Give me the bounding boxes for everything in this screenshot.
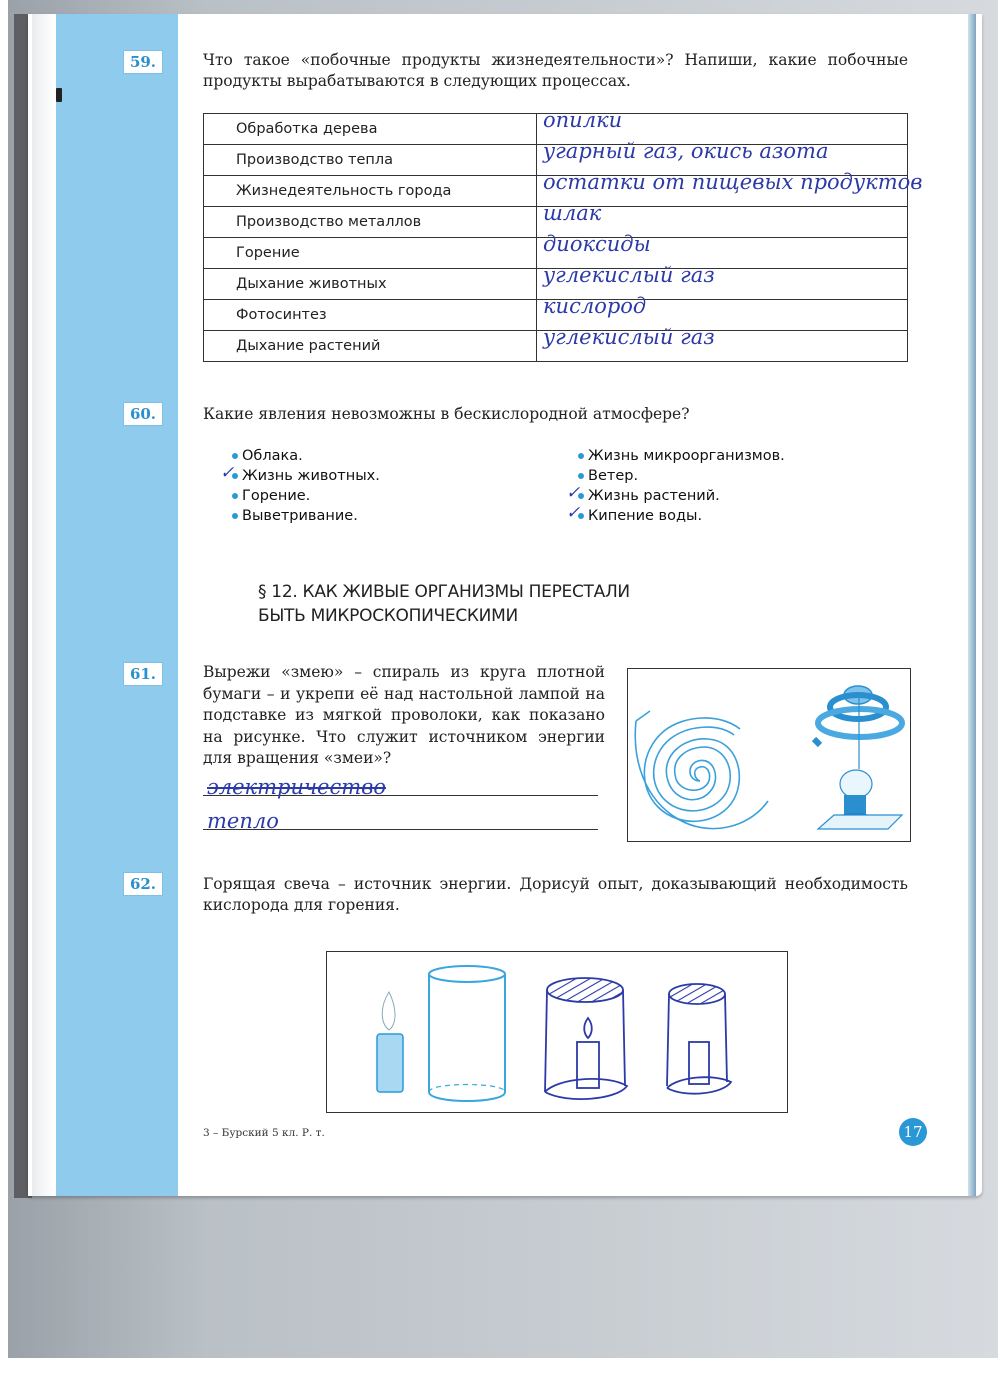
handwritten-answer: кислород <box>543 294 646 318</box>
bullet-icon <box>578 453 584 459</box>
candle-experiment-figure <box>326 951 788 1113</box>
answer-cell[interactable]: углекислый газ <box>537 331 908 362</box>
option-item[interactable]: Облака. <box>232 446 380 466</box>
handwritten-answer-crossed: электричество <box>207 775 386 799</box>
page-number-badge: 17 <box>899 1118 927 1146</box>
task-61-question: Вырежи «змею» – спираль из круга плотной… <box>203 662 605 770</box>
handwritten-answer: углекислый газ <box>543 325 715 349</box>
handwritten-answer: углекислый газ <box>543 263 715 287</box>
option-item[interactable]: Ветер. <box>578 466 785 486</box>
task-59-question: Что такое «побочные продукты жизнедеятел… <box>203 50 908 92</box>
candle-experiment-illustration <box>327 952 787 1112</box>
option-label: Облака. <box>242 448 303 464</box>
option-label: Жизнь животных. <box>242 468 380 484</box>
process-cell: Дыхание животных <box>204 269 537 300</box>
byproducts-table: Обработка дереваопилкиПроизводство тепла… <box>203 113 908 362</box>
option-item[interactable]: Жизнь микроорганизмов. <box>578 446 785 466</box>
task-number-59: 59. <box>123 50 163 74</box>
option-label: Горение. <box>242 488 310 504</box>
answer-line-2[interactable]: тепло <box>203 805 598 830</box>
handwritten-answer: опилки <box>543 108 622 132</box>
option-label: Выветривание. <box>242 508 358 524</box>
option-label: Ветер. <box>588 468 638 484</box>
bullet-icon <box>578 473 584 479</box>
option-item[interactable]: ✓Жизнь растений. <box>578 486 785 506</box>
option-item[interactable]: Горение. <box>232 486 380 506</box>
right-page-edge <box>968 14 976 1196</box>
hand-drawn-jar-over-candle-1 <box>545 978 627 1099</box>
spiral-lamp-illustration <box>628 669 910 841</box>
section-title-line-1: § 12. КАК ЖИВЫЕ ОРГАНИЗМЫ ПЕРЕСТАЛИ <box>258 580 630 604</box>
candle-drawing <box>377 992 403 1092</box>
option-item[interactable]: ✓Кипение воды. <box>578 506 785 526</box>
task-number-62: 62. <box>123 872 163 896</box>
hand-drawn-jar-over-candle-2 <box>667 984 731 1094</box>
binding-tab-mark <box>56 88 62 102</box>
bullet-icon <box>578 493 584 499</box>
task-number-61: 61. <box>123 662 163 686</box>
handwritten-answer: тепло <box>207 809 279 833</box>
bullet-icon <box>232 473 238 479</box>
section-title-line-2: БЫТЬ МИКРОСКОПИЧЕСКИМИ <box>258 604 630 628</box>
bullet-icon <box>232 493 238 499</box>
table-row: Дыхание растенийуглекислый газ <box>204 331 908 362</box>
option-item[interactable]: Выветривание. <box>232 506 380 526</box>
handwritten-answer: шлак <box>543 201 601 225</box>
book-footer: 3 – Бурский 5 кл. Р. т. <box>203 1127 325 1139</box>
handwritten-answer: остатки от пищевых продуктов <box>543 170 923 194</box>
task-60-question: Какие явления невозможны в бескислородно… <box>203 404 908 425</box>
option-label: Жизнь растений. <box>588 488 720 504</box>
handwritten-answer: угарный газ, окись азота <box>543 139 828 163</box>
bullet-icon <box>232 513 238 519</box>
option-label: Жизнь микроорганизмов. <box>588 448 785 464</box>
glass-jar-drawing <box>429 966 505 1101</box>
task-62-question: Горящая свеча – источник энергии. Дорису… <box>203 874 908 916</box>
bullet-icon <box>232 453 238 459</box>
task-number-60: 60. <box>123 402 163 426</box>
handwritten-answer: диоксиды <box>543 232 651 256</box>
process-cell: Фотосинтез <box>204 300 537 331</box>
process-cell: Горение <box>204 238 537 269</box>
lamp-spiral <box>814 686 902 829</box>
left-margin-band <box>56 14 178 1196</box>
process-cell: Дыхание растений <box>204 331 537 362</box>
process-cell: Обработка дерева <box>204 114 537 145</box>
bullet-icon <box>578 513 584 519</box>
option-item[interactable]: ✓Жизнь животных. <box>232 466 380 486</box>
spiral-lamp-figure <box>627 668 911 842</box>
options-right-list: Жизнь микроорганизмов.Ветер.✓Жизнь расте… <box>578 446 785 526</box>
page-fold-shadow <box>32 14 54 1196</box>
section-title: § 12. КАК ЖИВЫЕ ОРГАНИЗМЫ ПЕРЕСТАЛИ БЫТЬ… <box>258 580 630 628</box>
process-cell: Производство металлов <box>204 207 537 238</box>
answer-line-1[interactable]: электричество <box>203 771 598 796</box>
process-cell: Производство тепла <box>204 145 537 176</box>
option-label: Кипение воды. <box>588 508 702 524</box>
process-cell: Жизнедеятельность города <box>204 176 537 207</box>
options-left-list: Облака.✓Жизнь животных.Горение.Выветрива… <box>232 446 380 526</box>
